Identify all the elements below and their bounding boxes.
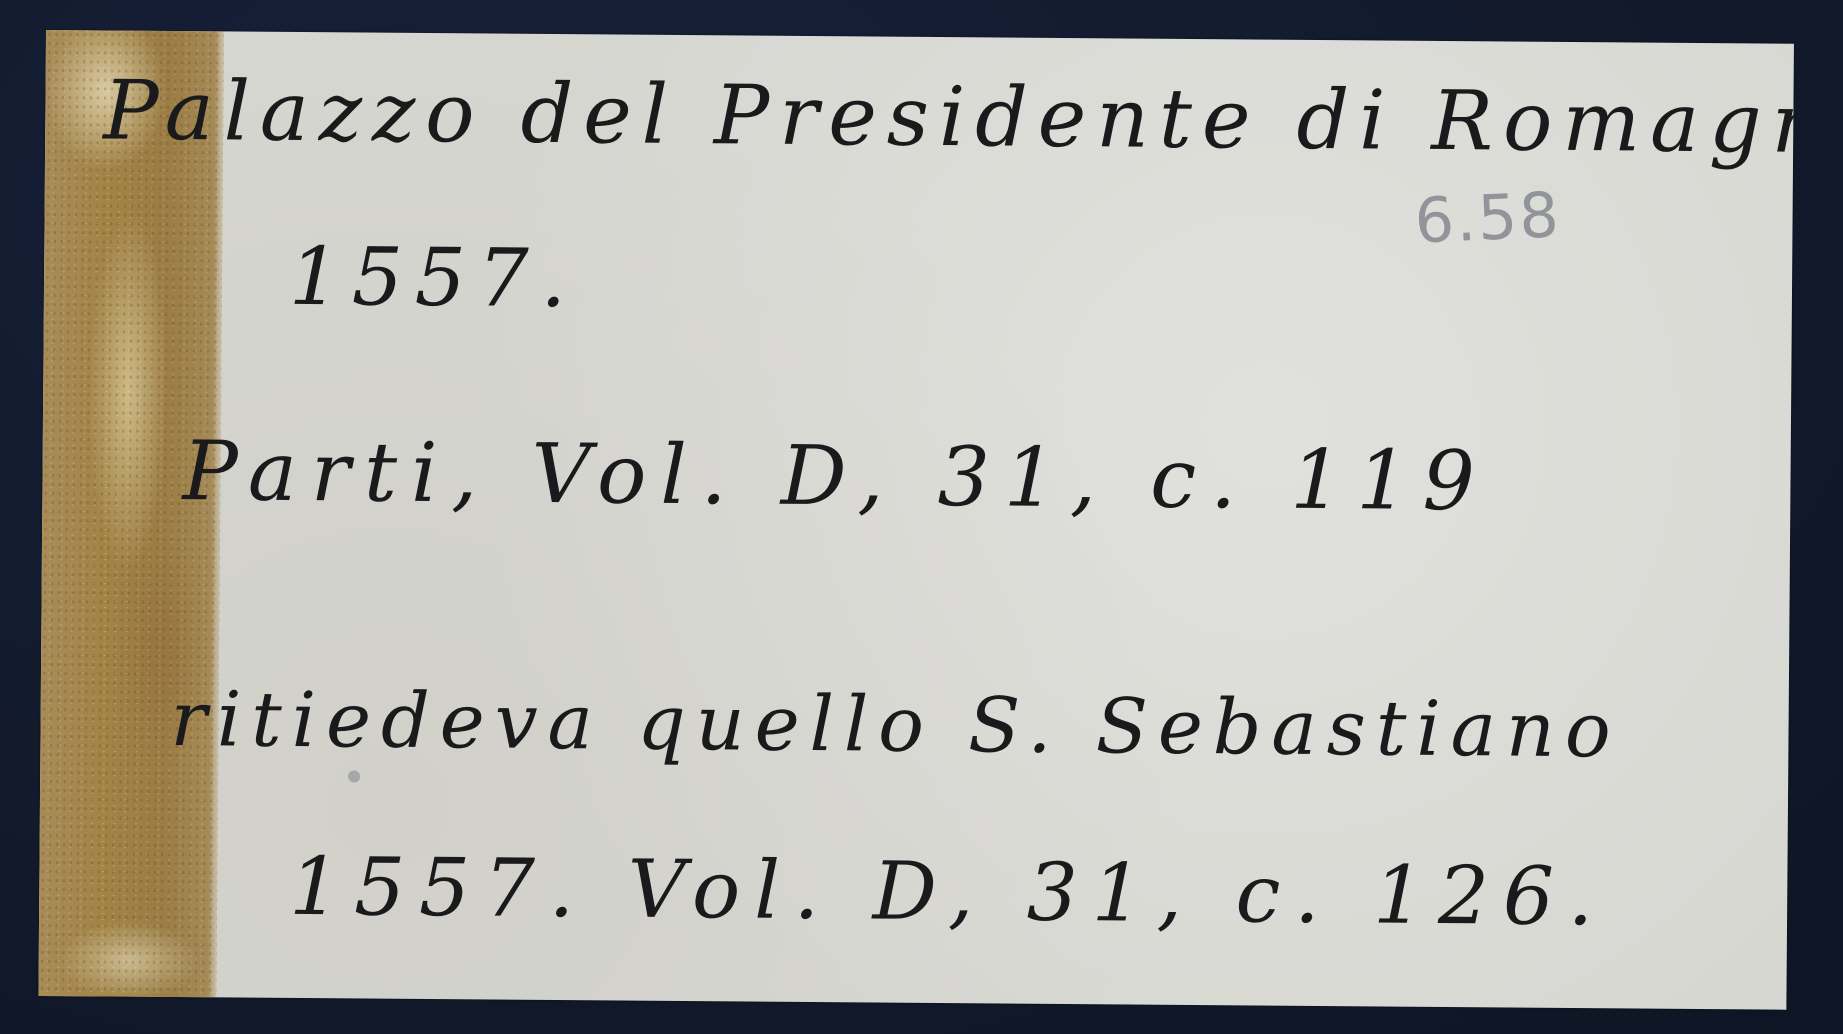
index-card: Palazzo del Presidente di Romagna 6.58 1… xyxy=(38,30,1794,1010)
card-line-title: Palazzo del Presidente di Romagna xyxy=(103,70,1794,166)
pencil-number: 6.58 xyxy=(1413,178,1562,257)
photo-background: Palazzo del Presidente di Romagna 6.58 1… xyxy=(0,0,1843,1034)
card-line-reference-2: 1557. Vol. D, 31, c. 126. xyxy=(289,847,1608,937)
card-line-note: ritiedeva quello S. Sebastiano xyxy=(170,681,1621,768)
card-line-year: 1557. xyxy=(289,237,579,319)
ink-spot xyxy=(348,770,360,782)
card-line-reference-1: Parti, Vol. D, 31, c. 119 xyxy=(182,431,1489,523)
